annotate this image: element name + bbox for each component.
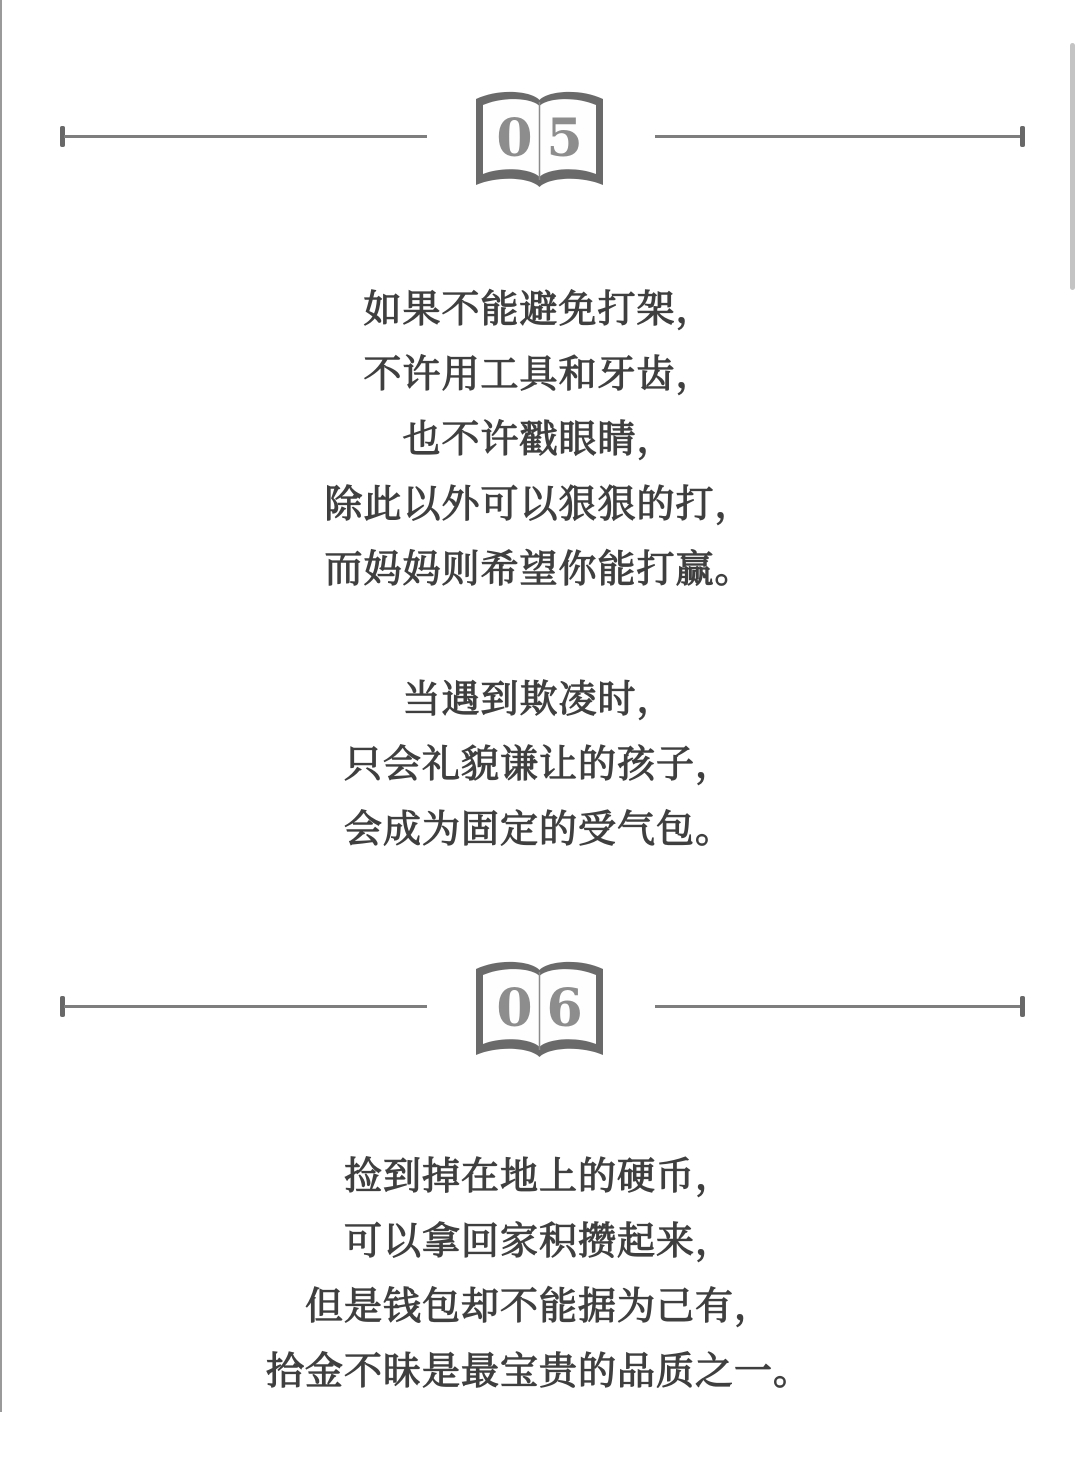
text-line: 捡到掉在地上的硬币， (0, 1144, 1078, 1209)
text-line: 拾金不昧是最宝贵的品质之一。 (0, 1339, 1078, 1404)
section-divider-05: 05 (0, 86, 1078, 196)
open-book-icon (472, 86, 607, 196)
divider-right-line (655, 1005, 1020, 1008)
text-line: 如果不能避免打架， (0, 277, 1078, 342)
text-line: 当遇到欺凌时， (0, 667, 1078, 732)
section-06-text: 捡到掉在地上的硬币， 可以拿回家积攒起来， 但是钱包却不能据为己有， 拾金不昧是… (0, 1144, 1078, 1404)
divider-right-endcap (1020, 126, 1025, 147)
text-line: 但是钱包却不能据为己有， (0, 1274, 1078, 1339)
text-line: 只会礼貌谦让的孩子， (0, 732, 1078, 797)
text-line: 除此以外可以狠狠的打， (0, 472, 1078, 537)
divider-right-line (655, 135, 1020, 138)
text-line: 不许用工具和牙齿， (0, 342, 1078, 407)
text-line: 会成为固定的受气包。 (0, 797, 1078, 862)
text-line: 可以拿回家积攒起来， (0, 1209, 1078, 1274)
text-line: 而妈妈则希望你能打赢。 (0, 537, 1078, 602)
article-page: 05 如果不能避免打架， 不许用工具和牙齿， 也不许戳眼睛， 除此以外可以狠狠的… (0, 0, 1078, 1474)
divider-right-endcap (1020, 996, 1025, 1017)
divider-left-line (64, 135, 427, 138)
text-line: 也不许戳眼睛， (0, 407, 1078, 472)
section-divider-06: 06 (0, 956, 1078, 1066)
paragraph-gap (0, 602, 1078, 667)
section-05-text: 如果不能避免打架， 不许用工具和牙齿， 也不许戳眼睛， 除此以外可以狠狠的打， … (0, 277, 1078, 862)
divider-left-line (64, 1005, 427, 1008)
open-book-icon (472, 956, 607, 1066)
